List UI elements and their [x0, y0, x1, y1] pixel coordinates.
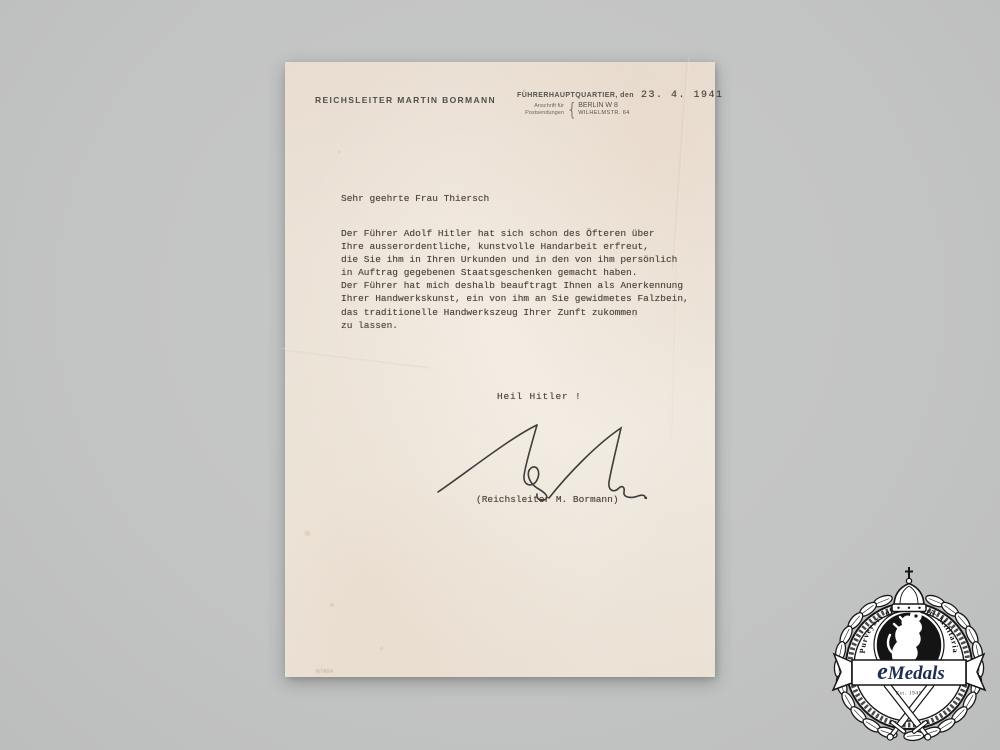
established-text: Est. 1945	[896, 692, 922, 697]
letter-document: REICHSLEITER MARTIN BORMANN FÜHRERHAUPTQ…	[285, 62, 715, 677]
body-line: zu lassen.	[341, 319, 689, 332]
body-line: in Auftrag gegebenen Staatsgeschenken ge…	[341, 266, 689, 279]
salutation: Sehr geehrte Frau Thiersch	[341, 193, 489, 204]
emedals-watermark-logo: Purveyors of Authentic Militaria	[828, 553, 1000, 750]
brand-banner: eMedals	[833, 654, 985, 690]
crown-icon	[892, 567, 926, 612]
address-label-postsendungen: Postsendungen	[517, 110, 564, 117]
printers-code: N7404	[316, 669, 333, 675]
foxing-spot	[303, 530, 312, 537]
typed-signatory-name: (Reichsleiter M. Bormann)	[476, 494, 619, 505]
letterhead-address-values: BERLIN W 8 WILHELMSTR. 64	[578, 103, 630, 116]
product-photo-canvas: { "document": { "letterhead": { "sender"…	[0, 0, 1000, 750]
letterhead-sender-name: REICHSLEITER MARTIN BORMANN	[315, 95, 496, 105]
paper-crease-left	[281, 348, 430, 368]
letter-body: Der Führer Adolf Hitler hat sich schon d…	[341, 227, 689, 332]
body-line: die Sie ihm in Ihren Urkunden und in den…	[341, 253, 689, 266]
body-line: Der Führer Adolf Hitler hat sich schon d…	[341, 227, 689, 240]
brand-wordmark: eMedals	[877, 659, 945, 685]
body-line: das traditionelle Handwerkszeug Ihrer Zu…	[341, 306, 689, 319]
closing-salute: Heil Hitler !	[497, 391, 582, 402]
body-line: Ihrer Handwerkskunst, ein von ihm an Sie…	[341, 292, 689, 305]
letterhead-address-labels: Anschrift für Postsendungen	[517, 103, 564, 116]
foxing-spot	[337, 150, 341, 154]
address-value-street: WILHELMSTR. 64	[578, 110, 630, 117]
letterhead-address-block: Anschrift für Postsendungen { BERLIN W 8…	[517, 100, 667, 119]
brace-glyph: {	[564, 99, 578, 120]
letter-date: 23. 4. 1941	[641, 90, 724, 101]
foxing-spot	[379, 646, 384, 651]
foxing-spot	[329, 602, 335, 608]
body-line: Ihre ausserordentliche, kunstvolle Handa…	[341, 240, 689, 253]
body-line: Der Führer hat mich deshalb beauftragt I…	[341, 279, 689, 292]
